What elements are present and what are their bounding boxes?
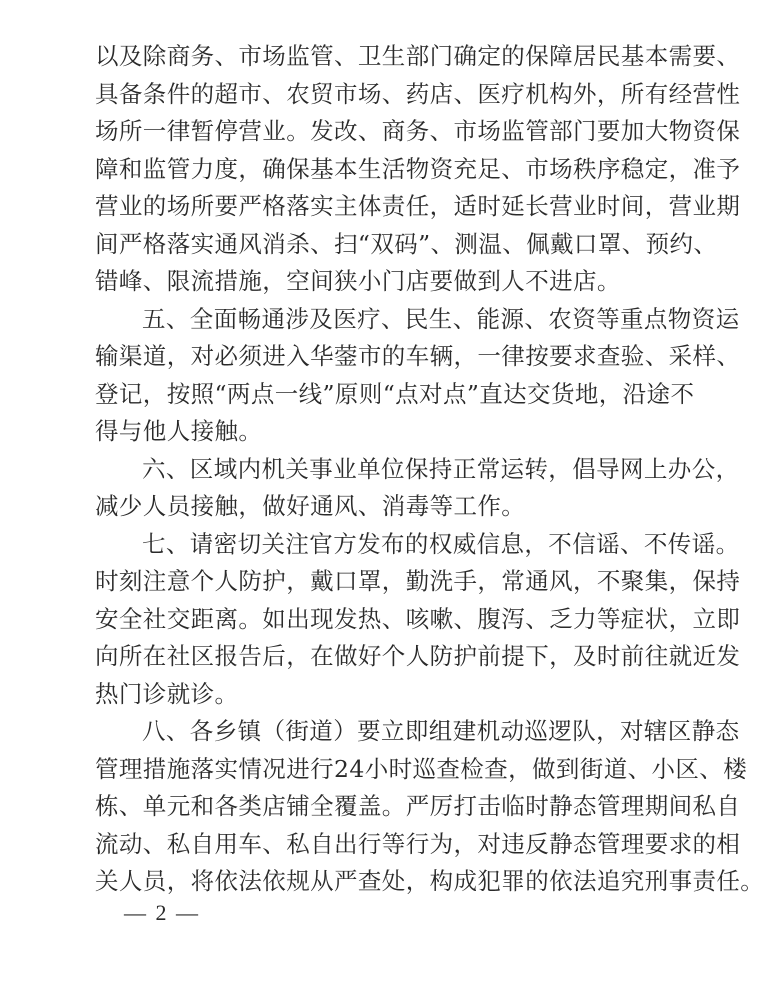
paragraph-continued: 以及除商务、市场监管、卫生部门确定的保障居民基本需要、 具备条件的超市、农贸市场… xyxy=(95,38,691,301)
text-line: 流动、私自用车、私自出行等行为，对违反静态管理要求的相 xyxy=(95,826,691,864)
document-page: 以及除商务、市场监管、卫生部门确定的保障居民基本需要、 具备条件的超市、农贸市场… xyxy=(0,0,774,1006)
text-line: 关人员，将依法依规从严查处，构成犯罪的依法追究刑事责任。 xyxy=(95,863,691,901)
text-line: 间严格落实通风消杀、扫“双码”、测温、佩戴口罩、预约、 xyxy=(95,226,691,264)
paragraph-item-8: 八、各乡镇（街道）要立即组建机动巡逻队，对辖区静态 管理措施落实情况进行24小时… xyxy=(95,713,691,901)
text-line: 输渠道，对必须进入华蓥市的车辆，一律按要求查验、采样、 xyxy=(95,338,691,376)
text-line: 登记，按照“两点一线”原则“点对点”直达交货地，沿途不 xyxy=(95,376,691,414)
paragraph-item-7: 七、请密切关注官方发布的权威信息，不信谣、不传谣。 时刻注意个人防护，戴口罩，勤… xyxy=(95,526,691,714)
text-line: 管理措施落实情况进行24小时巡查检查，做到街道、小区、楼 xyxy=(95,751,691,789)
text-line: 场所一律暂停营业。发改、商务、市场监管部门要加大物资保 xyxy=(95,113,691,151)
text-line: 栋、单元和各类店铺全覆盖。严厉打击临时静态管理期间私自 xyxy=(95,788,691,826)
text-line: 营业的场所要严格落实主体责任，适时延长营业时间，营业期 xyxy=(95,188,691,226)
text-line: 时刻注意个人防护，戴口罩，勤洗手，常通风，不聚集，保持 xyxy=(95,563,691,601)
text-line: 具备条件的超市、农贸市场、药店、医疗机构外，所有经营性 xyxy=(95,76,691,114)
text-line: 七、请密切关注官方发布的权威信息，不信谣、不传谣。 xyxy=(95,526,691,564)
text-line: 错峰、限流措施，空间狭小门店要做到人不进店。 xyxy=(95,263,691,301)
text-line: 热门诊就诊。 xyxy=(95,676,691,714)
page-number: — 2 — xyxy=(124,900,200,926)
text-line: 得与他人接触。 xyxy=(95,413,691,451)
paragraph-item-6: 六、区域内机关事业单位保持正常运转，倡导网上办公， 减少人员接触，做好通风、消毒… xyxy=(95,451,691,526)
text-line: 安全社交距离。如出现发热、咳嗽、腹泻、乏力等症状，立即 xyxy=(95,601,691,639)
text-line: 六、区域内机关事业单位保持正常运转，倡导网上办公， xyxy=(95,451,691,489)
text-line: 五、全面畅通涉及医疗、民生、能源、农资等重点物资运 xyxy=(95,301,691,339)
text-line: 向所在社区报告后，在做好个人防护前提下，及时前往就近发 xyxy=(95,638,691,676)
text-line: 减少人员接触，做好通风、消毒等工作。 xyxy=(95,488,691,526)
text-line: 八、各乡镇（街道）要立即组建机动巡逻队，对辖区静态 xyxy=(95,713,691,751)
text-line: 障和监管力度，确保基本生活物资充足、市场秩序稳定，准予 xyxy=(95,151,691,189)
document-body: 以及除商务、市场监管、卫生部门确定的保障居民基本需要、 具备条件的超市、农贸市场… xyxy=(95,38,691,901)
paragraph-item-5: 五、全面畅通涉及医疗、民生、能源、农资等重点物资运 输渠道，对必须进入华蓥市的车… xyxy=(95,301,691,451)
text-line: 以及除商务、市场监管、卫生部门确定的保障居民基本需要、 xyxy=(95,38,691,76)
